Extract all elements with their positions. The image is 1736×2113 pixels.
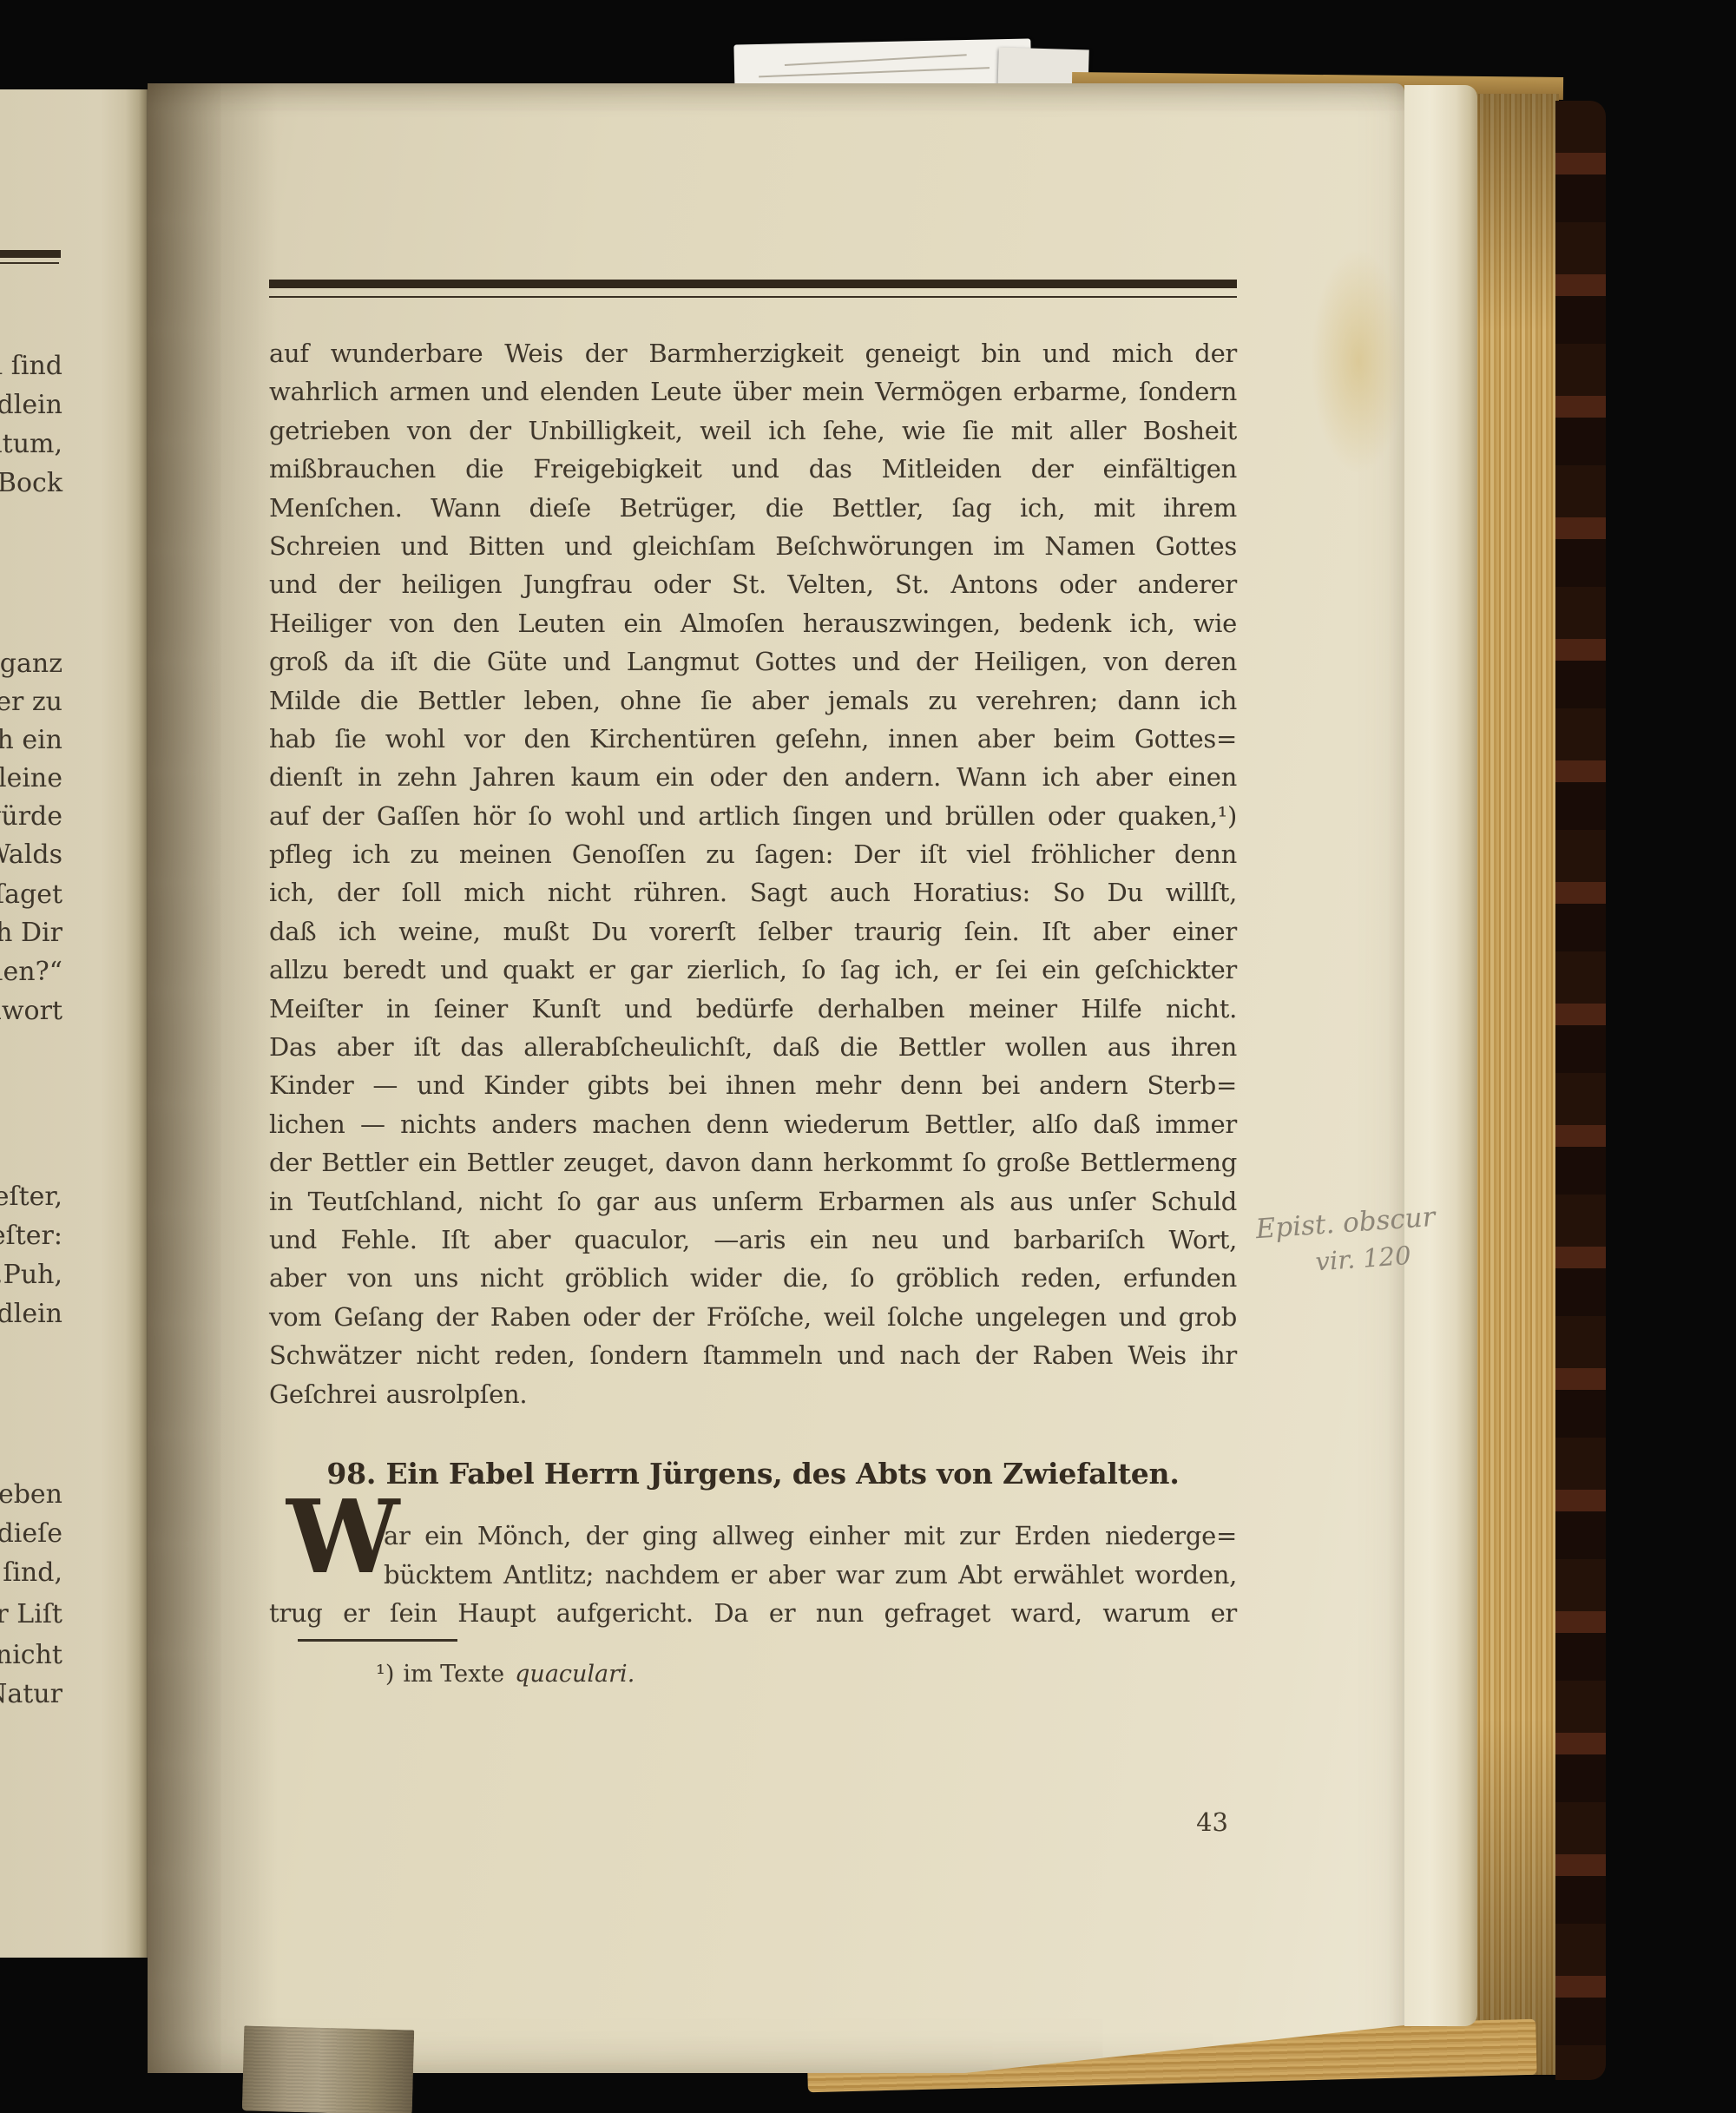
main-page: auf wunderbare Weis der Barmherzigkeit g… bbox=[148, 83, 1404, 2073]
body-line: mißbrauchen die Freigebigkeit und das Mi… bbox=[269, 450, 1237, 488]
left-page-fragment: chtum, bbox=[0, 430, 62, 459]
footnote-marker: ¹) bbox=[376, 1661, 394, 1688]
body-line: Milde die Bettler leben, ohne ſie aber j… bbox=[269, 681, 1237, 720]
left-page-fragment: a dieſe bbox=[0, 1519, 62, 1549]
body-line: daß ich weine, mußt Du vorerſt ſelber tr… bbox=[269, 912, 1237, 951]
body-line: pfleg ich zu meinen Genoſſen zu ſagen: D… bbox=[269, 835, 1237, 873]
fore-edge bbox=[1476, 94, 1559, 2075]
body-line: hab ſie wohl vor den Kirchentüren geſehn… bbox=[269, 720, 1237, 758]
margin-note-pencil: Epist. obscur vir. 120 bbox=[1255, 1202, 1439, 1280]
left-page-fragment: ich Dir bbox=[0, 918, 62, 948]
page-stain bbox=[1311, 248, 1406, 474]
left-page-fragment: „Puh, bbox=[0, 1261, 62, 1290]
left-page-fragment: , ſaget bbox=[0, 880, 62, 910]
left-page-fragment: t, nicht bbox=[0, 1641, 62, 1670]
body-line: Schreien und Bitten und gleichſam Beſchw… bbox=[269, 527, 1237, 565]
section-heading: 98. Ein Fabel Herrn Jürgens, des Abts vo… bbox=[269, 1457, 1237, 1491]
left-page-fragment: Natur bbox=[0, 1680, 62, 1709]
gutter-shadow bbox=[148, 83, 278, 2073]
fable-paragraph: ar ein Mönch, der ging allweg einher mit… bbox=[269, 1517, 1237, 1633]
double-rule-thin bbox=[269, 296, 1237, 298]
body-line: groß da iſt die Güte und Langmut Gottes … bbox=[269, 642, 1237, 681]
body-line: dienſt in zehn Jahren kaum ein oder den … bbox=[269, 758, 1237, 796]
left-page-fragment: r ganz bbox=[0, 649, 62, 679]
body-line: Schwätzer nicht reden, ſondern ſtammeln … bbox=[269, 1336, 1237, 1374]
left-page-fragment: n ſind, bbox=[0, 1558, 62, 1588]
body-line: Meiſter in ſeiner Kunſt und bedürfe derh… bbox=[269, 990, 1237, 1028]
page-number: 43 bbox=[269, 1807, 1228, 1837]
body-line: und Fehle. Iſt aber quaculor, —aris ein … bbox=[269, 1221, 1237, 1259]
paragraph-line: ar ein Mönch, der ging allweg einher mit… bbox=[269, 1517, 1237, 1556]
left-page-rule-thin bbox=[0, 262, 59, 264]
body-line: auf wunderbare Weis der Barmherzigkeit g… bbox=[269, 334, 1237, 372]
paragraph-line: trug er ſein Haupt aufgericht. Da er nun… bbox=[269, 1594, 1237, 1633]
book-photo: d ſind gdlein chtum, r Bock r ganz ater … bbox=[0, 0, 1736, 2113]
body-line: wahrlich armen und elenden Leute über me… bbox=[269, 372, 1237, 411]
left-page-fragment: ägdlein bbox=[0, 1300, 62, 1329]
footnote-term: quaculari. bbox=[515, 1661, 635, 1688]
left-page-fragment: nden?“ bbox=[0, 958, 62, 987]
leather-cover bbox=[1555, 101, 1606, 2080]
body-line: getrieben von der Unbilligkeit, weil ich… bbox=[269, 411, 1237, 450]
footnote: ¹)im Textequaculari. bbox=[376, 1661, 635, 1688]
paragraph-line: bücktem Antlitz; nachdem er aber war zum… bbox=[269, 1556, 1237, 1595]
slip-scribble-line bbox=[759, 67, 990, 77]
left-page-fragment: rieſter: bbox=[0, 1221, 62, 1251]
left-page-fragment: ichwort bbox=[0, 997, 62, 1026]
body-line: und der heiligen Jungfrau oder St. Velte… bbox=[269, 565, 1237, 603]
body-line: Heiliger von den Leuten ein Almoſen hera… bbox=[269, 604, 1237, 642]
left-page-fragment: gdlein bbox=[0, 391, 62, 420]
left-page-fragment: Walds bbox=[0, 840, 62, 870]
body-line: ich, der ſoll mich nicht rühren. Sagt au… bbox=[269, 873, 1237, 912]
left-page-fragment: ater zu bbox=[0, 688, 62, 717]
left-page-fragment: ner Liſt bbox=[0, 1600, 62, 1629]
left-page-fragment: r Bock bbox=[0, 469, 62, 498]
left-page-fragment: d ſind bbox=[0, 352, 62, 381]
body-line: Menſchen. Wann dieſe Betrüger, die Bettl… bbox=[269, 489, 1237, 527]
body-line: vom Geſang der Raben oder der Fröſche, w… bbox=[269, 1298, 1237, 1336]
body-line: der Bettler ein Bettler zeuget, davon da… bbox=[269, 1143, 1237, 1182]
double-rule-thick bbox=[269, 280, 1237, 288]
body-line: Geſchrei ausrolpſen. bbox=[269, 1375, 1237, 1413]
slip-scribble-line bbox=[785, 54, 967, 66]
left-page-fragment: hrieben bbox=[0, 1480, 62, 1510]
left-page-rule bbox=[0, 250, 61, 258]
body-line: auf der Gaſſen hör ſo wohl und artlich ſ… bbox=[269, 797, 1237, 835]
body-line: allzu beredt und quakt er gar zierlich, … bbox=[269, 951, 1237, 989]
body-line: Kinder — und Kinder gibts bei ihnen mehr… bbox=[269, 1066, 1237, 1104]
body-line: Das aber iſt das allerabſcheulichſt, daß… bbox=[269, 1028, 1237, 1066]
ribbon-bookmark bbox=[242, 2025, 414, 2113]
body-line: lichen — nichts anders machen denn wiede… bbox=[269, 1105, 1237, 1143]
left-page-fragment: würde bbox=[0, 802, 62, 832]
footnote-text: im Texte bbox=[403, 1661, 504, 1688]
left-page-fragment: ch ein bbox=[0, 726, 62, 755]
body-text: auf wunderbare Weis der Barmherzigkeit g… bbox=[269, 334, 1237, 1413]
body-line: aber von uns nicht gröblich wider die, ſ… bbox=[269, 1259, 1237, 1297]
left-page-fragment: kleine bbox=[0, 764, 62, 793]
left-page: d ſind gdlein chtum, r Bock r ganz ater … bbox=[0, 89, 148, 1958]
left-page-fragment: rieſter, bbox=[0, 1182, 62, 1212]
body-line: in Teutſchland, nicht ſo gar aus unſerm … bbox=[269, 1182, 1237, 1221]
page-deckle-edge bbox=[1404, 85, 1477, 2026]
footnote-rule bbox=[298, 1639, 457, 1642]
